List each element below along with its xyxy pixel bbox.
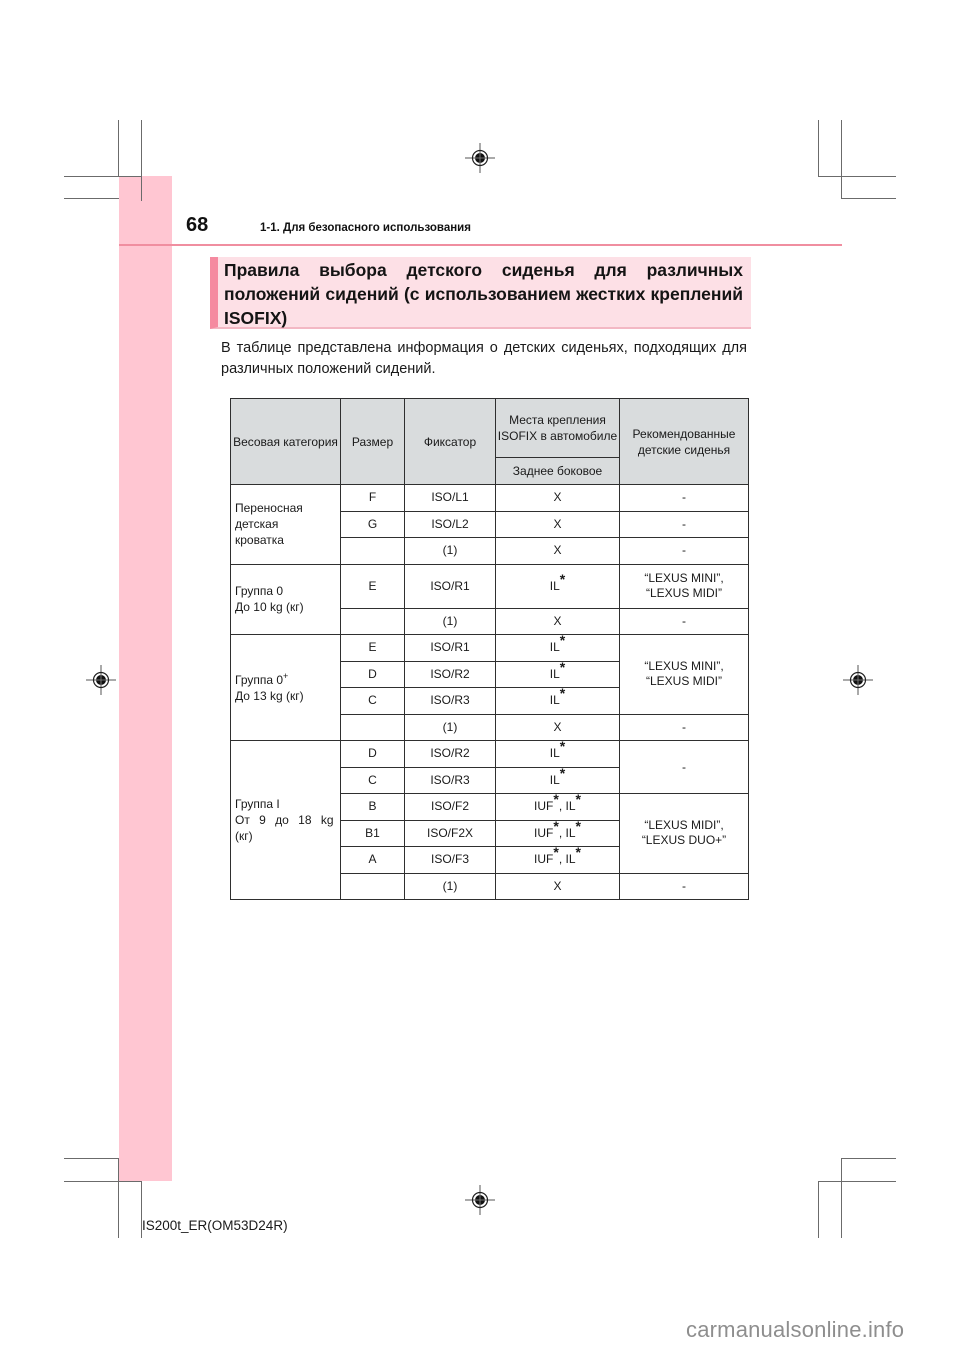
crop-mark xyxy=(841,1158,842,1238)
size-cell xyxy=(341,714,405,741)
weight-category-cell: Группа 0+ До 13 kg (кг) xyxy=(231,635,341,741)
recommended-cell: “LEXUS MIDI”,“LEXUS DUO+” xyxy=(620,794,749,874)
recommended-cell: - xyxy=(620,873,749,900)
fixture-cell: ISO/R2 xyxy=(405,741,496,768)
size-cell: D xyxy=(341,741,405,768)
table-row: Группа 0 До 10 kg (кг) E ISO/R1 IL* “LEX… xyxy=(231,564,749,608)
header-isofix-positions: Места крепления ISOFIX в автомобиле xyxy=(496,399,620,458)
recommended-cell: - xyxy=(620,608,749,635)
crop-mark xyxy=(818,1181,819,1238)
side-tab-band xyxy=(119,176,172,1181)
crop-mark xyxy=(118,1158,119,1238)
fixture-cell: ISO/L1 xyxy=(405,485,496,512)
crop-mark xyxy=(118,120,119,176)
position-cell: X xyxy=(496,608,620,635)
section-heading-box: Правила выбора детского сиденья для разл… xyxy=(210,257,751,329)
size-cell: A xyxy=(341,847,405,874)
crop-mark xyxy=(141,120,142,201)
size-cell: D xyxy=(341,661,405,688)
position-cell: X xyxy=(496,714,620,741)
position-cell: IL* xyxy=(496,767,620,794)
header-rear-outboard: Заднее боковое xyxy=(496,458,620,485)
intro-paragraph: В таблице представлена информация о детс… xyxy=(221,338,747,380)
fixture-cell: (1) xyxy=(405,714,496,741)
weight-category-cell: Группа 0 До 10 kg (кг) xyxy=(231,564,341,635)
fixture-cell: ISO/R3 xyxy=(405,688,496,715)
size-cell: G xyxy=(341,511,405,538)
size-cell: F xyxy=(341,485,405,512)
size-cell: E xyxy=(341,564,405,608)
registration-mark-icon xyxy=(843,665,873,695)
recommended-cell: - xyxy=(620,741,749,794)
size-cell: C xyxy=(341,767,405,794)
header-fixture: Фиксатор xyxy=(405,399,496,485)
recommended-cell: - xyxy=(620,485,749,512)
table-row: Группа 0+ До 13 kg (кг) E ISO/R1 IL* “LE… xyxy=(231,635,749,662)
fixture-cell: ISO/F2 xyxy=(405,794,496,821)
table-row: Группа I От 9 до 18 kg (кг) D ISO/R2 IL*… xyxy=(231,741,749,768)
header-recommended: Рекомендованные детские сиденья xyxy=(620,399,749,485)
crop-mark xyxy=(841,120,842,199)
position-cell: IUF*, IL* xyxy=(496,847,620,874)
recommended-cell: “LEXUS MINI”,“LEXUS MIDI” xyxy=(620,635,749,715)
table-row: Переносная детская кроватка F ISO/L1 X - xyxy=(231,485,749,512)
chapter-title: 1-1. Для безопасного использования xyxy=(260,222,471,234)
recommended-cell: - xyxy=(620,538,749,565)
header-weight-category: Весовая категория xyxy=(231,399,341,485)
position-cell: X xyxy=(496,511,620,538)
size-cell xyxy=(341,538,405,565)
fixture-cell: ISO/R3 xyxy=(405,767,496,794)
position-cell: IL* xyxy=(496,564,620,608)
size-cell: B xyxy=(341,794,405,821)
size-cell: E xyxy=(341,635,405,662)
fixture-cell: (1) xyxy=(405,873,496,900)
fixture-cell: ISO/L2 xyxy=(405,511,496,538)
header-rule xyxy=(119,244,842,246)
registration-mark-icon xyxy=(465,1185,495,1215)
position-cell: IUF*, IL* xyxy=(496,794,620,821)
registration-mark-icon xyxy=(465,143,495,173)
registration-mark-icon xyxy=(86,665,116,695)
isofix-seat-table: Весовая категория Размер Фиксатор Места … xyxy=(230,398,749,900)
position-cell: X xyxy=(496,485,620,512)
fixture-cell: ISO/R1 xyxy=(405,564,496,608)
size-cell: C xyxy=(341,688,405,715)
fixture-cell: ISO/F2X xyxy=(405,820,496,847)
header-size: Размер xyxy=(341,399,405,485)
position-cell: IL* xyxy=(496,688,620,715)
position-cell: IUF*, IL* xyxy=(496,820,620,847)
fixture-cell: ISO/R1 xyxy=(405,635,496,662)
fixture-cell: (1) xyxy=(405,538,496,565)
position-cell: IL* xyxy=(496,741,620,768)
recommended-cell: “LEXUS MINI”,“LEXUS MIDI” xyxy=(620,564,749,608)
size-cell xyxy=(341,873,405,900)
watermark: carmanualsonline.info xyxy=(686,1317,904,1343)
section-heading: Правила выбора детского сиденья для разл… xyxy=(224,258,743,330)
crop-mark xyxy=(818,1181,896,1182)
crop-mark xyxy=(64,198,119,199)
fixture-cell: (1) xyxy=(405,608,496,635)
page-number: 68 xyxy=(186,214,208,237)
crop-mark xyxy=(818,176,896,177)
fixture-cell: ISO/R2 xyxy=(405,661,496,688)
position-cell: X xyxy=(496,873,620,900)
crop-mark xyxy=(64,176,142,177)
crop-mark xyxy=(841,198,896,199)
size-cell xyxy=(341,608,405,635)
weight-category-cell: Переносная детская кроватка xyxy=(231,485,341,565)
fixture-cell: ISO/F3 xyxy=(405,847,496,874)
document-code: IS200t_ER(OM53D24R) xyxy=(142,1218,288,1233)
crop-mark xyxy=(818,120,819,176)
crop-mark xyxy=(64,1158,119,1159)
crop-mark xyxy=(64,1181,142,1182)
size-cell: B1 xyxy=(341,820,405,847)
recommended-cell: - xyxy=(620,714,749,741)
recommended-cell: - xyxy=(620,511,749,538)
weight-category-cell: Группа I От 9 до 18 kg (кг) xyxy=(231,741,341,900)
position-cell: IL* xyxy=(496,661,620,688)
position-cell: IL* xyxy=(496,635,620,662)
position-cell: X xyxy=(496,538,620,565)
crop-mark xyxy=(841,1158,896,1159)
